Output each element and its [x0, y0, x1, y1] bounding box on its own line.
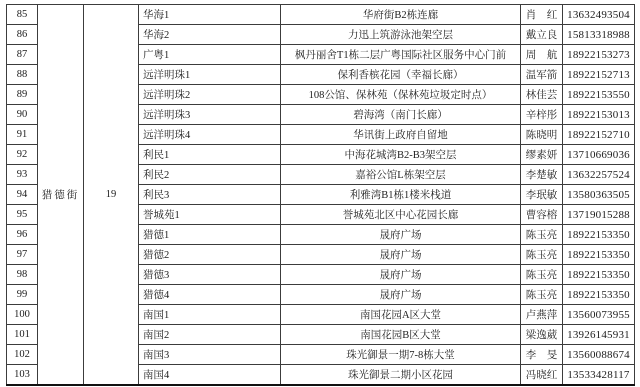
table-row: 85 猎德街 19 华海1 华府街B2栋连廊 肖 红 13632493504 [7, 5, 635, 25]
row-number: 101 [7, 325, 38, 345]
point-name-cell: 猎德4 [139, 285, 281, 305]
address-cell: 枫丹丽舍T1栋二层广粤国际社区服务中心门前 [281, 45, 521, 65]
phone-cell: 18922153273 [563, 45, 635, 65]
phone-cell: 13632257524 [563, 165, 635, 185]
contact-name-cell: 李珉敏 [521, 185, 563, 205]
contact-name-cell: 冯晓红 [521, 365, 563, 386]
address-cell: 华讯街上政府自留地 [281, 125, 521, 145]
contact-name-cell: 梁逸葳 [521, 325, 563, 345]
row-number: 87 [7, 45, 38, 65]
contact-name-cell: 戴立良 [521, 25, 563, 45]
collection-points-table: 85 猎德街 19 华海1 华府街B2栋连廊 肖 红 13632493504 8… [6, 4, 635, 386]
row-number: 99 [7, 285, 38, 305]
row-number: 86 [7, 25, 38, 45]
phone-cell: 18922153013 [563, 105, 635, 125]
point-name-cell: 南国3 [139, 345, 281, 365]
contact-name-cell: 陈玉亮 [521, 265, 563, 285]
contact-name-cell: 辛梓彤 [521, 105, 563, 125]
phone-cell: 13719015288 [563, 205, 635, 225]
point-name-cell: 利民3 [139, 185, 281, 205]
phone-cell: 18922152713 [563, 65, 635, 85]
contact-name-cell: 曹容榕 [521, 205, 563, 225]
row-number: 97 [7, 245, 38, 265]
phone-cell: 18922153350 [563, 265, 635, 285]
contact-name-cell: 温军箭 [521, 65, 563, 85]
contact-name-cell: 林佳芸 [521, 85, 563, 105]
row-number: 94 [7, 185, 38, 205]
point-name-cell: 远洋明珠2 [139, 85, 281, 105]
contact-name-cell: 陈玉亮 [521, 285, 563, 305]
phone-cell: 18922153350 [563, 285, 635, 305]
address-cell: 嘉裕公馆L栋架空层 [281, 165, 521, 185]
address-cell: 中海花城湾B2-B3架空层 [281, 145, 521, 165]
phone-cell: 13533428117 [563, 365, 635, 386]
row-number: 93 [7, 165, 38, 185]
address-cell: 南国花园B区大堂 [281, 325, 521, 345]
point-name-cell: 远洋明珠4 [139, 125, 281, 145]
row-number: 96 [7, 225, 38, 245]
street-name-cell: 猎德街 [38, 5, 84, 386]
point-name-cell: 华海2 [139, 25, 281, 45]
contact-name-cell: 李 旻 [521, 345, 563, 365]
address-cell: 珠光御景二期小区花园 [281, 365, 521, 386]
row-number: 89 [7, 85, 38, 105]
phone-cell: 13710669036 [563, 145, 635, 165]
row-number: 95 [7, 205, 38, 225]
phone-cell: 18922152710 [563, 125, 635, 145]
contact-name-cell: 肖 红 [521, 5, 563, 25]
phone-cell: 18922153350 [563, 225, 635, 245]
address-cell: 利雅湾B1栋1楼米栈道 [281, 185, 521, 205]
point-name-cell: 誉城苑1 [139, 205, 281, 225]
point-name-cell: 猎德2 [139, 245, 281, 265]
phone-cell: 15813318988 [563, 25, 635, 45]
address-cell: 108公馆、保林苑（保林苑垃圾定时点） [281, 85, 521, 105]
row-number: 85 [7, 5, 38, 25]
phone-cell: 18922153550 [563, 85, 635, 105]
point-name-cell: 利民2 [139, 165, 281, 185]
address-cell: 誉城苑北区中心花园长廊 [281, 205, 521, 225]
point-name-cell: 广粤1 [139, 45, 281, 65]
contact-name-cell: 卢燕萍 [521, 305, 563, 325]
point-name-cell: 南国2 [139, 325, 281, 345]
phone-cell: 18922153350 [563, 245, 635, 265]
point-name-cell: 利民1 [139, 145, 281, 165]
street-count-cell: 19 [84, 5, 139, 386]
address-cell: 保利香槟花园（幸福长廊） [281, 65, 521, 85]
address-cell: 南国花园A区大堂 [281, 305, 521, 325]
address-cell: 华府街B2栋连廊 [281, 5, 521, 25]
point-name-cell: 华海1 [139, 5, 281, 25]
contact-name-cell: 陈晓明 [521, 125, 563, 145]
row-number: 92 [7, 145, 38, 165]
address-cell: 珠光御景一期7-8栋大堂 [281, 345, 521, 365]
point-name-cell: 远洋明珠3 [139, 105, 281, 125]
point-name-cell: 猎德1 [139, 225, 281, 245]
row-number: 88 [7, 65, 38, 85]
contact-name-cell: 周 航 [521, 45, 563, 65]
address-cell: 晟府广场 [281, 245, 521, 265]
row-number: 98 [7, 265, 38, 285]
row-number: 90 [7, 105, 38, 125]
row-number: 103 [7, 365, 38, 386]
phone-cell: 13580363505 [563, 185, 635, 205]
row-number: 91 [7, 125, 38, 145]
address-cell: 晟府广场 [281, 225, 521, 245]
point-name-cell: 猎德3 [139, 265, 281, 285]
phone-cell: 13560073955 [563, 305, 635, 325]
point-name-cell: 南国1 [139, 305, 281, 325]
contact-name-cell: 缪素妍 [521, 145, 563, 165]
contact-name-cell: 陈玉亮 [521, 225, 563, 245]
document-page: 85 猎德街 19 华海1 华府街B2栋连廊 肖 红 13632493504 8… [0, 0, 640, 387]
phone-cell: 13560088674 [563, 345, 635, 365]
address-cell: 力迅上筑游泳池架空层 [281, 25, 521, 45]
phone-cell: 13926145931 [563, 325, 635, 345]
contact-name-cell: 陈玉亮 [521, 245, 563, 265]
row-number: 100 [7, 305, 38, 325]
row-number: 102 [7, 345, 38, 365]
phone-cell: 13632493504 [563, 5, 635, 25]
address-cell: 晟府广场 [281, 285, 521, 305]
address-cell: 碧海湾（南门长廊） [281, 105, 521, 125]
address-cell: 晟府广场 [281, 265, 521, 285]
point-name-cell: 南国4 [139, 365, 281, 386]
point-name-cell: 远洋明珠1 [139, 65, 281, 85]
contact-name-cell: 李楚敏 [521, 165, 563, 185]
